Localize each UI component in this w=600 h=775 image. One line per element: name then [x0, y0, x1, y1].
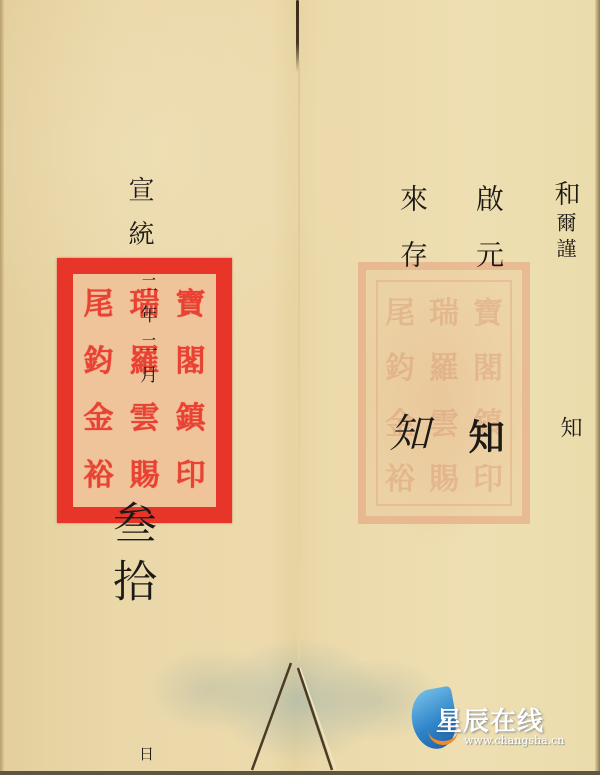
seal-glyph: 鈞 — [77, 335, 120, 389]
right-column-zhi: 知 — [558, 416, 580, 438]
char-tong: 統 — [124, 220, 154, 264]
char-shi: 拾 — [105, 558, 156, 616]
bottom-edge — [0, 771, 600, 775]
char-nian: 年 — [137, 305, 158, 335]
char-yuan: 元 — [472, 240, 505, 296]
char-er: 二 — [137, 275, 158, 305]
char-lai: 來 — [396, 184, 429, 240]
seal-glyph: 鎮 — [169, 392, 212, 446]
spine-fold — [298, 60, 300, 660]
watermark-logo: 星辰在线 www.changsha.cn — [408, 687, 598, 759]
char-cun: 存 — [396, 240, 429, 296]
right-edge — [595, 0, 600, 775]
logo-url: www.changsha.cn — [464, 734, 564, 747]
seal-glyph: 寶 — [169, 278, 212, 332]
document-photo: 尾 瑞 寶 鈞 羅 閣 金 雲 鎮 裕 賜 印 宣統 二年二月 叁拾 日 尾 瑞… — [0, 0, 600, 775]
faded-seal-impression: 尾 瑞 寶 鈞 羅 閣 金 雲 鎮 裕 賜 印 — [358, 262, 530, 524]
faded-seal-glyph: 裕 — [378, 449, 422, 505]
middle-column-zhi: 知 — [466, 418, 502, 454]
date-day: 叁拾 — [108, 500, 152, 616]
seal-glyph: 尾 — [77, 278, 120, 332]
left-column-text: 來存 — [398, 184, 426, 296]
char-he: 和 — [550, 180, 580, 212]
faded-seal-glyph: 鈞 — [378, 338, 422, 394]
faded-seal-glyph: 羅 — [422, 338, 466, 394]
date-year-month: 二年二月 — [138, 275, 156, 395]
logo-name: 星辰在线 — [436, 701, 544, 738]
seal-glyph: 印 — [169, 449, 212, 503]
seal-glyph: 金 — [77, 392, 120, 446]
middle-column-text: 啟元 — [474, 184, 502, 296]
footer-char-ri: 日 — [138, 746, 153, 761]
left-edge — [0, 0, 4, 775]
date-era-xuantong: 宣統 — [126, 176, 152, 264]
char-er2: 二 — [137, 335, 158, 365]
left-column-zhi-signature: 知 — [386, 412, 426, 452]
char-yue: 月 — [137, 365, 158, 395]
seal-glyph: 雲 — [123, 392, 166, 446]
char-xuan: 宣 — [124, 176, 154, 220]
char-er: 爾 — [553, 212, 577, 238]
right-column-text: 和爾謹 — [552, 180, 578, 264]
faded-seal-glyph: 印 — [466, 449, 510, 505]
char-qi: 啟 — [472, 184, 505, 240]
char-jin: 謹 — [553, 238, 577, 264]
seal-glyph: 賜 — [123, 449, 166, 503]
faded-seal-glyph: 賜 — [422, 449, 466, 505]
char-san: 叁 — [105, 500, 156, 558]
seal-glyph: 裕 — [77, 449, 120, 503]
seal-glyph: 閣 — [169, 335, 212, 389]
faded-seal-glyph: 閣 — [466, 338, 510, 394]
faded-seal-inner: 尾 瑞 寶 鈞 羅 閣 金 雲 鎮 裕 賜 印 — [376, 280, 512, 506]
